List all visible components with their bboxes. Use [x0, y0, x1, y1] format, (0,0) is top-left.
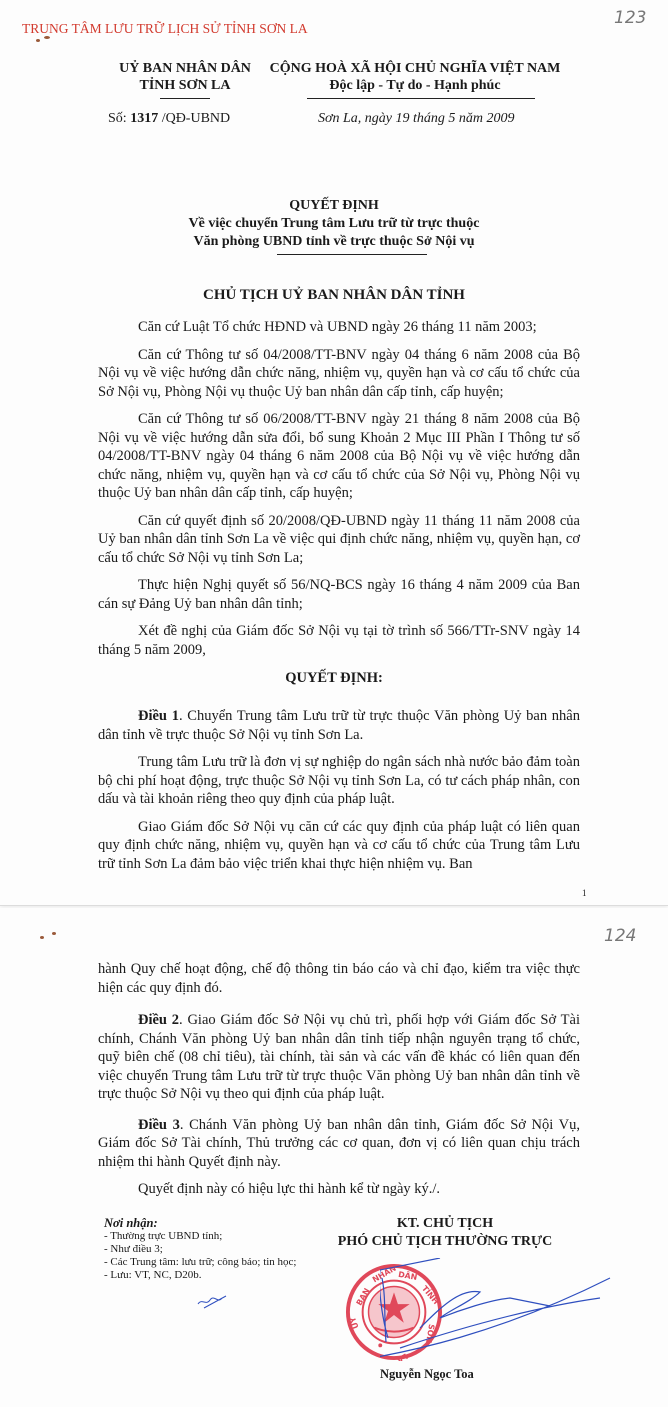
issuer-underline [160, 98, 210, 99]
article-1-label: Điều 1 [138, 708, 179, 724]
recipient-item: - Các Trung tâm: lưu trữ; công báo; tin … [104, 1256, 297, 1269]
article-1-continued: hành Quy chế hoạt động, chế độ thông tin… [98, 960, 580, 1208]
document-number: Số: 1317 /QĐ-UBND [108, 111, 230, 127]
national-motto-block: CỘNG HOÀ XÃ HỘI CHỦ NGHĨA VIỆT NAM Độc l… [245, 60, 585, 94]
signer-name: Nguyễn Ngọc Toa [380, 1367, 474, 1382]
issuing-authority: CHỦ TỊCH UỶ BAN NHÂN DÂN TỈNH [0, 287, 668, 304]
national-title: CỘNG HOÀ XÃ HỘI CHỦ NGHĨA VIỆT NAM [245, 60, 585, 77]
article-1-paragraph-3-continued: hành Quy chế hoạt động, chế độ thông tin… [98, 960, 580, 997]
preamble-item: Căn cứ Thông tư số 06/2008/TT-BNV ngày 2… [98, 410, 580, 503]
archive-stamp: TRUNG TÂM LƯU TRỮ LỊCH SỬ TỈNH SƠN LA [22, 21, 308, 37]
handwritten-initials-icon [196, 1294, 230, 1310]
signature-title-block: KT. CHỦ TỊCH PHÓ CHỦ TỊCH THƯỜNG TRỰC [320, 1215, 570, 1251]
national-motto: Độc lập - Tự do - Hạnh phúc [245, 77, 585, 94]
motto-underline [307, 98, 535, 99]
recipients-block: Nơi nhận: - Thường trực UBND tỉnh; - Như… [104, 1217, 297, 1282]
scan-speck [44, 36, 50, 39]
recipients-label: Nơi nhận: [104, 1217, 297, 1230]
article-2-label: Điều 2 [138, 1012, 179, 1028]
handwritten-page-number: 123 [614, 8, 646, 28]
decision-heading: QUYẾT ĐỊNH: [0, 670, 668, 687]
article-3: Điều 3. Chánh Văn phòng Uỷ ban nhân dân … [98, 1116, 580, 1172]
preamble-item: Xét đề nghị của Giám đốc Sở Nội vụ tại t… [98, 622, 580, 659]
preamble-item: Căn cứ quyết định số 20/2008/QĐ-UBND ngà… [98, 512, 580, 568]
recipient-item: - Lưu: VT, NC, D20b. [104, 1269, 297, 1282]
recipient-item: - Như điều 3; [104, 1243, 297, 1256]
handwritten-signature-icon [380, 1258, 620, 1368]
title-underline [277, 254, 427, 255]
document-page-1: TRUNG TÂM LƯU TRỮ LỊCH SỬ TỈNH SƠN LA 12… [0, 0, 668, 906]
page-footer-number: 1 [582, 888, 587, 898]
article-1-paragraph-3: Giao Giám đốc Sở Nội vụ căn cứ các quy đ… [98, 818, 580, 874]
handwritten-page-number: 124 [604, 926, 636, 946]
recipient-item: - Thường trực UBND tỉnh; [104, 1230, 297, 1243]
article-3-label: Điều 3 [138, 1117, 180, 1133]
place-date: Sơn La, ngày 19 tháng 5 năm 2009 [318, 111, 514, 127]
scan-speck [52, 932, 56, 935]
title-subject-line2: Văn phòng UBND tỉnh về trực thuộc Sở Nội… [0, 233, 668, 251]
document-title: QUYẾT ĐỊNH Về việc chuyển Trung tâm Lưu … [0, 197, 668, 251]
scan-speck [36, 39, 40, 42]
signature-line1: KT. CHỦ TỊCH [320, 1215, 570, 1233]
scan-speck [40, 936, 44, 939]
title-heading: QUYẾT ĐỊNH [0, 197, 668, 215]
effective-clause: Quyết định này có hiệu lực thi hành kể t… [98, 1180, 580, 1199]
article-1-paragraph-2: Trung tâm Lưu trữ là đơn vị sự nghiệp do… [98, 753, 580, 809]
preamble-item: Căn cứ Thông tư số 04/2008/TT-BNV ngày 0… [98, 346, 580, 402]
signature-line2: PHÓ CHỦ TỊCH THƯỜNG TRỰC [320, 1233, 570, 1251]
preamble-item: Căn cứ Luật Tổ chức HĐND và UBND ngày 26… [98, 318, 580, 337]
preamble-item: Thực hiện Nghị quyết số 56/NQ-BCS ngày 1… [98, 576, 580, 613]
preamble: Căn cứ Luật Tổ chức HĐND và UBND ngày 26… [98, 318, 580, 668]
article-1: Điều 1. Chuyển Trung tâm Lưu trữ từ trực… [98, 707, 580, 882]
article-2: Điều 2. Giao Giám đốc Sở Nội vụ chủ trì,… [98, 1011, 580, 1104]
title-subject-line1: Về việc chuyển Trung tâm Lưu trữ từ trực… [0, 215, 668, 233]
